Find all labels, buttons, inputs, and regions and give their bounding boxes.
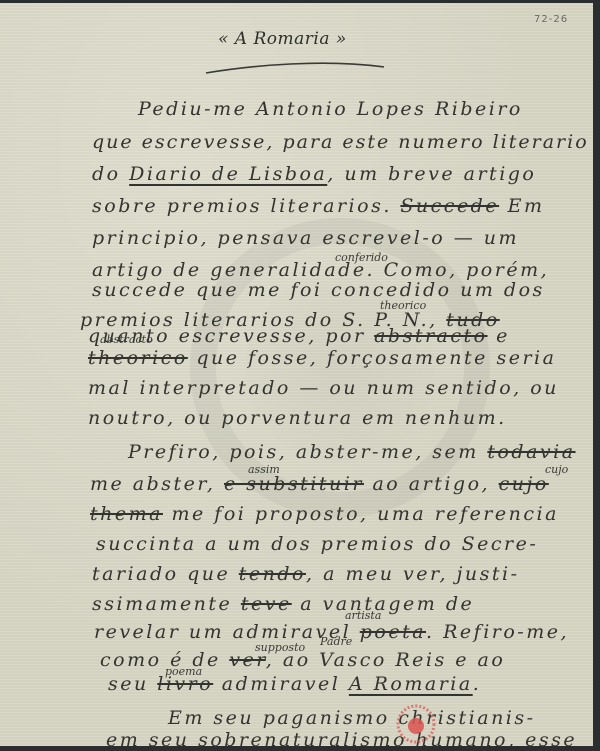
struck-word: thema [90,503,163,525]
scan-border-bottom [0,746,600,751]
scan-border-right [593,0,600,751]
archive-number: 72-26 [534,14,568,25]
manuscript-line: em seu sobrenaturalismo humano, esse [106,729,577,746]
line-text: tariado que [92,563,239,585]
manuscript-title: « A Romaria » [218,29,347,49]
manuscript-line: Em seu paganismo christianis- [168,707,536,729]
struck-word: theorico [88,347,188,369]
interlinear-insertion: abstracto [100,333,153,346]
line-text: e [488,325,510,347]
title-underline [204,61,388,77]
manuscript-line: que escrevesse, para este numero literar… [92,131,589,153]
line-text: sobre premios literarios. [92,195,400,217]
line-text: . [473,673,482,695]
interlinear-insertion: conferido [335,251,388,264]
manuscript-line: tariado que tendo, a meu ver, justi- [92,563,520,585]
line-text: . Refiro-me, [426,621,569,643]
interlinear-insertion: theorico [380,299,426,312]
manuscript-line: thema me foi proposto, uma referencia [90,503,559,525]
line-text: Prefiro, pois, abster-me, sem [128,441,487,463]
line-text: ao artigo, [364,473,499,495]
line-text: me abster, [90,473,224,495]
line-text: admiravel [213,673,349,695]
struck-word: poeta [360,621,426,643]
manuscript-line: seu livro admiravel A Romaria. [108,673,481,695]
struck-word: todavia [487,441,575,463]
library-stamp [395,703,437,745]
interlinear-insertion: Padre [320,635,352,648]
struck-word: cujo [499,473,549,495]
struck-word: teve [241,593,292,615]
newspaper-name: Diario de Lisboa [129,163,327,185]
line-text: que fosse, forçosamente seria [188,347,557,369]
book-title: A Romaria [349,673,473,695]
line-text: , a meu ver, justi- [306,563,520,585]
line-text: do [92,163,129,185]
line-text: seu [108,673,157,695]
struck-word: livro [157,673,213,695]
struck-word: Succede [400,195,499,217]
manuscript-line: artigo de generalidade. Como, porém, [92,259,549,281]
struck-word: e substituir [224,473,364,495]
manuscript-line: Prefiro, pois, abster-me, sem todavia [128,441,576,463]
manuscript-line: do Diario de Lisboa, um breve artigo [92,163,536,185]
manuscript-page: 72-26 « A Romaria » Pediu-me Antonio Lop… [0,3,593,746]
manuscript-line: principio, pensava escrevel-o — um [92,227,519,249]
manuscript-line: succinta a um dos premios do Secre- [96,533,538,555]
struck-word: tendo [239,563,306,585]
struck-word: ver [229,649,265,671]
manuscript-line: sobre premios literarios. Succede Em [92,195,545,217]
struck-word: abstracto [374,325,488,347]
line-text: , ao Vasco Reis e ao [266,649,506,671]
manuscript-line: succede que me foi concedido um dos [92,279,545,301]
line-text: Em [499,195,544,217]
manuscript-line: noutro, ou porventura em nenhum. [88,407,507,429]
manuscript-line: theorico que fosse, forçosamente seria [88,347,556,369]
line-text: a vantagem de [292,593,475,615]
line-text: , um breve artigo [327,163,536,185]
manuscript-line: Pediu-me Antonio Lopes Ribeiro [138,98,523,120]
manuscript-line: mal interpretado — ou num sentido, ou [88,377,559,399]
manuscript-line: como é de ver, ao Vasco Reis e ao [100,649,505,671]
line-text: ssimamente [92,593,241,615]
manuscript-line: me abster, e substituir ao artigo, cujo [90,473,549,495]
manuscript-line: ssimamente teve a vantagem de [92,593,474,615]
line-text: me foi proposto, uma referencia [163,503,559,525]
